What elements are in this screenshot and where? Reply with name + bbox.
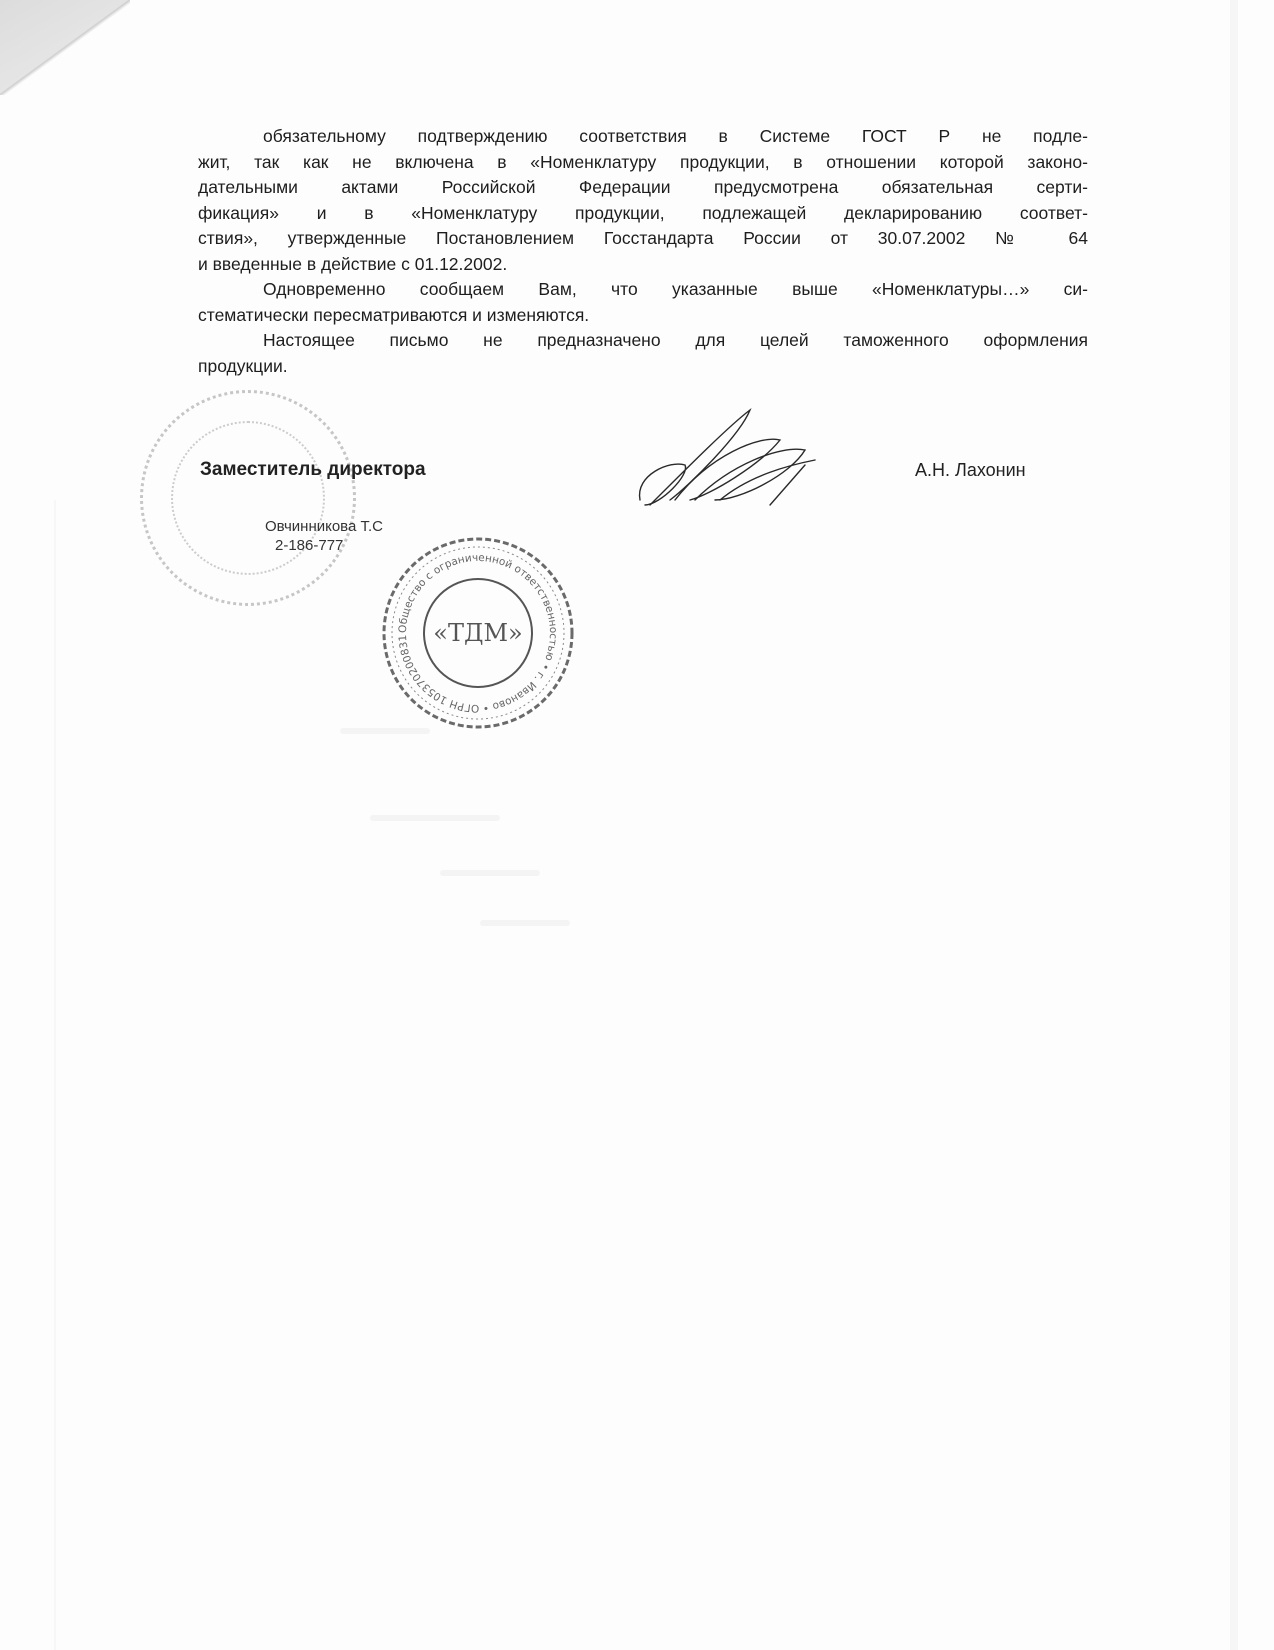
paragraph-3: Настоящее письмо не предназначено для це… [198, 328, 1088, 379]
bleed-through-mark [480, 920, 570, 926]
signatory-name: А.Н. Лахонин [915, 460, 1026, 481]
letter-body: обязательному подтверждению соответствия… [198, 124, 1088, 379]
bleed-through-mark [440, 870, 540, 876]
executor-info: Овчинникова Т.С 2-186-777 [265, 517, 383, 555]
text-line: ствия», утвержденные Постановлением Госс… [198, 226, 1088, 252]
text-line: обязательному подтверждению соответствия… [198, 124, 1088, 150]
text-line: Настоящее письмо не предназначено для це… [198, 328, 1088, 354]
page-corner-edge [0, 0, 130, 95]
executor-name: Овчинникова Т.С [265, 517, 383, 536]
handwritten-signature [630, 405, 820, 515]
bleed-through-mark [370, 815, 500, 821]
company-stamp: Общество с ограниченной ответственностью… [380, 535, 576, 731]
text-line: продукции. [198, 354, 1088, 380]
scan-edge-left [54, 500, 56, 1650]
text-line: жит, так как не включена в «Номенклатуру… [198, 150, 1088, 176]
paragraph-2: Одновременно сообщаем Вам, что указанные… [198, 277, 1088, 328]
stamp-center-text: «ТДМ» [433, 619, 522, 647]
signatory-title: Заместитель директора [200, 459, 426, 481]
text-line: стематически пересматриваются и изменяют… [198, 303, 1088, 329]
scan-edge-right [1230, 0, 1238, 1650]
text-line: и введенные в действие с 01.12.2002. [198, 252, 1088, 278]
executor-phone: 2-186-777 [275, 536, 383, 555]
paragraph-1: обязательному подтверждению соответствия… [198, 124, 1088, 277]
text-line: фикация» и в «Номенклатуру продукции, по… [198, 201, 1088, 227]
faded-stamp [140, 390, 356, 606]
text-line: дательными актами Российской Федерации п… [198, 175, 1088, 201]
text-line: Одновременно сообщаем Вам, что указанные… [198, 277, 1088, 303]
bleed-through-mark [340, 728, 430, 734]
